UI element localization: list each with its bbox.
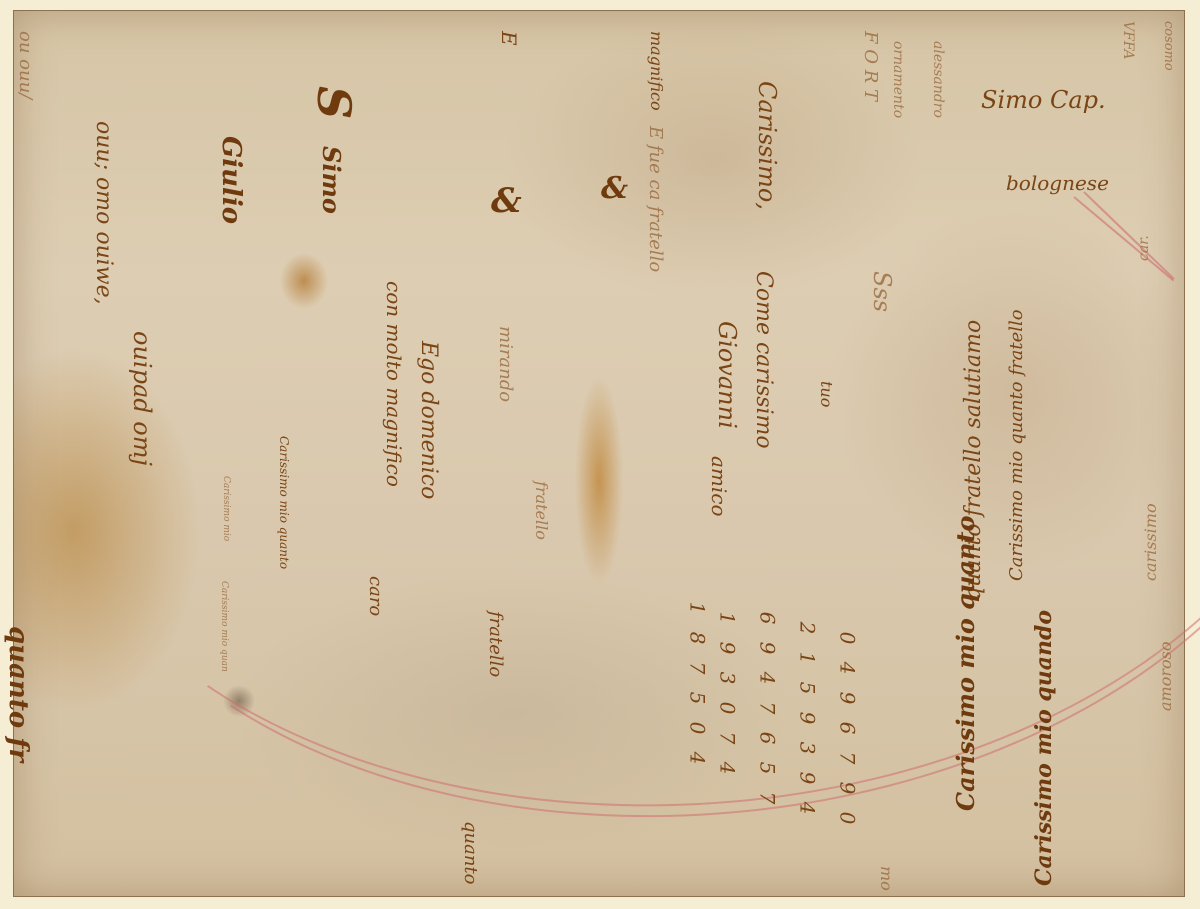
- inscription-amico: amico: [707, 456, 731, 517]
- inscription-car-right: car.: [1136, 235, 1152, 261]
- inscription-come-carissimo: Come carissimo: [751, 271, 776, 449]
- inscription-simo: Simo: [317, 146, 346, 214]
- inscription-tuo: tuo: [817, 381, 836, 407]
- numeral-digit: 4: [755, 672, 779, 685]
- numeral-digit: 1: [685, 602, 709, 615]
- inscription-fratello-mid: fratello: [532, 481, 551, 540]
- inscription-giovanni: Giovanni: [713, 321, 741, 429]
- inscription-e-upper: E: [497, 31, 521, 46]
- inscription-e-fratello: E fue ca fratello: [645, 126, 666, 272]
- numeral-digit: 0: [835, 632, 859, 645]
- inscription-bottom-mo: mo: [877, 866, 896, 891]
- numeral-digit: 3: [795, 742, 819, 755]
- inscription-carissimo-center: Carissimo,: [753, 81, 781, 210]
- numeral-digit: 0: [685, 722, 709, 735]
- inscription-left-edge-top: ou ouu/: [15, 31, 36, 99]
- numeral-digit: 5: [755, 762, 779, 775]
- numeral-digit: 7: [755, 792, 779, 805]
- numeral-digit: 6: [755, 732, 779, 745]
- inscription-carissimo-mio-quando: Carissimo mio quando: [1031, 610, 1057, 886]
- inscription-carissimo-mio-quanto: Carissimo mio quanto: [951, 515, 980, 811]
- inscription-left-col-1: ouu; omo ouiwe,: [91, 121, 116, 305]
- numeral-digit: 6: [835, 722, 859, 735]
- inscription-ornamento: ornamento: [890, 41, 906, 118]
- numeral-digit: 0: [835, 812, 859, 825]
- inscription-carissimo-small-3: Carissimo mio quan: [219, 581, 229, 672]
- inscription-mirando: mirando: [495, 326, 516, 402]
- numeral-digit: 7: [685, 662, 709, 675]
- inscription-bolognese: bolognese: [1006, 171, 1109, 195]
- inscription-ss-marks: Sss: [868, 271, 896, 312]
- numeral-digit: 3: [715, 672, 739, 685]
- numeral-digit: 5: [795, 682, 819, 695]
- inscription-e-curl: &: [491, 181, 522, 221]
- numeral-digit: 9: [755, 642, 779, 655]
- numeral-digit: 4: [715, 762, 739, 775]
- inscription-simo-capital: S: [307, 86, 361, 119]
- inscription-amoroso: amoroso: [1156, 642, 1175, 711]
- numeral-digit: 1: [795, 652, 819, 665]
- numeral-digit: 0: [715, 702, 739, 715]
- numeral-digit: 5: [685, 692, 709, 705]
- inscription-right-top-corner-2: cosomo: [1161, 21, 1176, 71]
- inscription-fratello-center: fratello: [485, 611, 506, 677]
- numeral-digit: 7: [755, 702, 779, 715]
- inscription-carissimo-small-2: Carissimo mio: [221, 476, 231, 541]
- numeral-digit: 6: [755, 612, 779, 625]
- numeral-digit: 9: [795, 772, 819, 785]
- numeral-digit: 2: [795, 622, 819, 635]
- inscription-caro: caro: [365, 576, 386, 616]
- numeral-digit: 4: [795, 802, 819, 815]
- inscription-quanto-fr-left: quanto fr: [3, 626, 33, 762]
- inscription-molto-magnifico: con molto magnifico: [382, 281, 406, 487]
- inscription-bottom-quanto: quanto: [460, 821, 481, 885]
- numeral-digit: 9: [835, 692, 859, 705]
- inscription-giulio: Giulio: [216, 136, 246, 224]
- inscription-ego-domenico: Ego domenico: [416, 341, 441, 499]
- numeral-digit: 4: [685, 752, 709, 765]
- inscription-left-col-2: ouipad omj: [128, 331, 156, 466]
- numeral-digit: 7: [715, 732, 739, 745]
- numeral-digit: 8: [685, 632, 709, 645]
- inscription-magnifico-top: magnifico: [647, 31, 666, 111]
- numeral-digit: 9: [795, 712, 819, 725]
- inscription-carissimo-quanto-fratello: Carissimo mio quanto fratello: [1006, 309, 1027, 581]
- numeral-digit: 7: [835, 752, 859, 765]
- numeral-digit: 9: [715, 642, 739, 655]
- inscription-e-curl-2: &: [601, 171, 628, 206]
- inscription-right-top-corner: VFFA: [1120, 21, 1136, 59]
- numeral-digit: 1: [715, 612, 739, 625]
- inscription-simo-cap: Simo Cap.: [981, 86, 1106, 114]
- inscription-carissimo-small-1: Carissimo mio quanto: [277, 436, 291, 569]
- numeral-digit: 4: [835, 662, 859, 675]
- inscription-forte-letters: F O R T: [860, 31, 881, 101]
- inscription-alessandro: alessandro: [930, 41, 946, 118]
- inscription-carissimo-right: carissimo: [1141, 503, 1160, 581]
- manuscript-sheet: ou ouu/ouu; omo ouiwe,ouipad omjGiulioSS…: [13, 10, 1185, 897]
- numeral-digit: 9: [835, 782, 859, 795]
